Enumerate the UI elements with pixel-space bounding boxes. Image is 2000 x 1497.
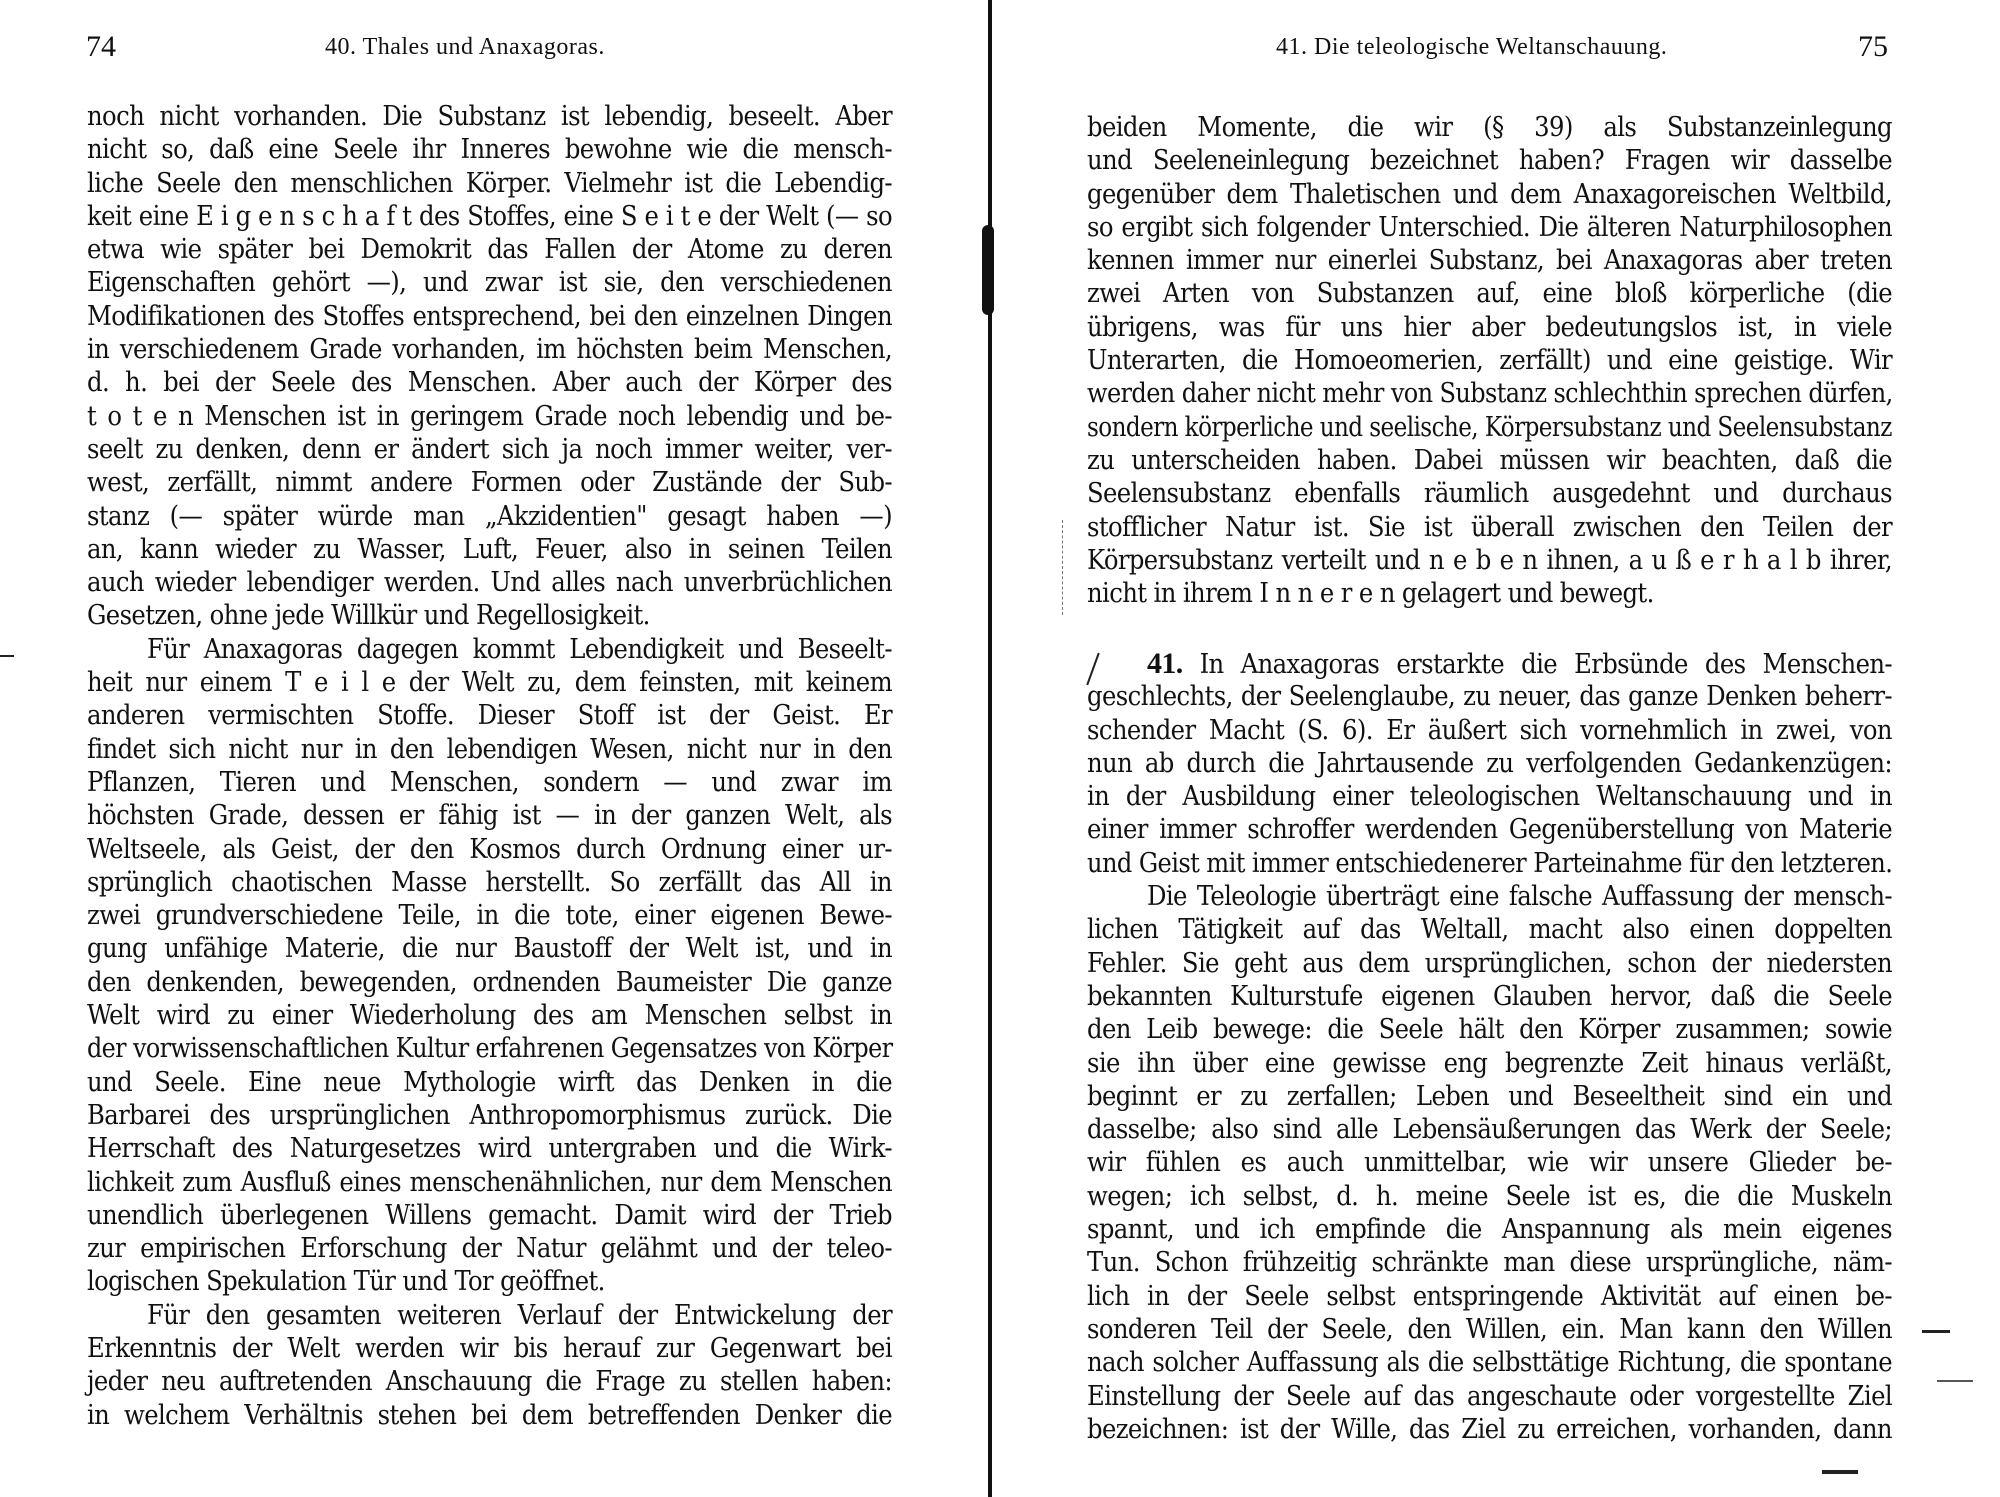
text-line-content: Seelensubstanz ebenfalls räumlich ausged… xyxy=(1087,478,1892,509)
text-line: seelt zu denken, denn er ändert sich ja … xyxy=(87,433,892,466)
text-line-content: Unterarten, die Homoeomerien, zerfällt) … xyxy=(1087,345,1892,376)
text-line-content: höchsten Grade, dessen er fähig ist — in… xyxy=(87,800,892,831)
text-line-content: sie ihn über eine gewisse eng begrenzte … xyxy=(1087,1048,1892,1079)
text-line: Modifikationen des Stoffes entsprechend,… xyxy=(87,300,892,333)
text-line-content: Welt wird zu einer Wiederholung des am M… xyxy=(87,1000,892,1031)
text-line: spannt, und ich empfinde die Anspannung … xyxy=(1087,1213,1892,1246)
text-line-content: gung unfähige Materie, die nur Baustoff … xyxy=(87,933,892,964)
text-line-content: so ergibt sich folgender Unterschied. Di… xyxy=(1087,212,1892,243)
text-line-content: in der Ausbildung einer teleologischen W… xyxy=(1087,781,1892,812)
text-line-content: zwei grundverschiedene Teile, in die tot… xyxy=(87,900,892,931)
text-line: werden daher nicht mehr von Substanz sch… xyxy=(1087,377,1892,410)
text-line: nach solcher Auffassung als die selbsttä… xyxy=(1087,1346,1892,1379)
text-line: sondern körperliche und seelische, Körpe… xyxy=(1087,411,1892,444)
text-line-content: bekannten Kulturstufe eigenen Glauben he… xyxy=(1087,981,1892,1012)
text-line: etwa wie später bei Demokrit das Fallen … xyxy=(87,233,892,266)
text-line: gegenüber dem Thaletischen und dem Anaxa… xyxy=(1087,178,1892,211)
text-line-content: seelt zu denken, denn er ändert sich ja … xyxy=(87,434,892,465)
text-line: unendlich überlegenen Willens gemacht. D… xyxy=(87,1199,892,1232)
text-line: Für den gesamten weiteren Verlauf der En… xyxy=(87,1299,892,1332)
section-number: 41. xyxy=(1147,647,1200,680)
text-line: lichkeit zum Ausfluß eines menschenähnli… xyxy=(87,1166,892,1199)
text-line-content: anderen vermischten Stoffe. Dieser Stoff… xyxy=(87,700,892,731)
text-line: der vorwissenschaftlichen Kultur erfahre… xyxy=(87,1032,892,1065)
text-line: Barbarei des ursprünglichen Anthropomorp… xyxy=(87,1099,892,1132)
right-page: 41. Die teleologische Weltanschauung. 75… xyxy=(992,0,2000,1497)
text-line: einer immer schroffer werdenden Gegenübe… xyxy=(1087,813,1892,846)
text-line-content: geschlechts, der Seelenglaube, zu neuer,… xyxy=(1087,681,1892,712)
text-line-content: der vorwissenschaftlichen Kultur erfahre… xyxy=(87,1033,892,1064)
text-line-content: übrigens, was für uns hier aber bedeutun… xyxy=(1087,312,1892,343)
text-line: stofflicher Natur ist. Sie ist überall z… xyxy=(1087,511,1892,544)
text-line: findet sich nicht nur in den lebendigen … xyxy=(87,733,892,766)
text-line-content: Fehler. Sie geht aus dem ursprünglichen,… xyxy=(1087,948,1892,979)
section-41-text: 41. In Anaxagoras erstarkte die Erbsünde… xyxy=(1087,647,1892,1446)
text-line: Gesetzen, ohne jede Willkür und Regellos… xyxy=(87,599,892,632)
text-line-content: lichen Tätigkeit auf das Weltall, macht … xyxy=(1087,914,1892,945)
text-line-content: Für Anaxagoras dagegen kommt Lebendigkei… xyxy=(147,634,892,665)
text-line-content: noch nicht vorhanden. Die Substanz ist l… xyxy=(87,101,892,132)
text-line-content: nach solcher Auffassung als die selbsttä… xyxy=(1087,1347,1892,1378)
text-line-content: Gesetzen, ohne jede Willkür und Regellos… xyxy=(87,600,650,631)
text-line-content: Einstellung der Seele auf das angeschaut… xyxy=(1087,1381,1892,1412)
text-line-content: sprünglich chaotischen Masse herstellt. … xyxy=(87,867,892,898)
text-line-content: Körpersubstanz verteilt und n e b e n ih… xyxy=(1087,545,1892,576)
text-line-content: und Seele. Eine neue Mythologie wirft da… xyxy=(87,1067,892,1098)
text-line-content: spannt, und ich empfinde die Anspannung … xyxy=(1087,1214,1892,1245)
text-line-content: sondern körperliche und seelische, Körpe… xyxy=(1087,412,1892,443)
text-line-content: werden daher nicht mehr von Substanz sch… xyxy=(1087,378,1893,409)
text-line-content: den denkenden, bewegenden, ordnenden Bau… xyxy=(87,967,892,998)
text-line: Eigenschaften gehört —), und zwar ist si… xyxy=(87,266,892,299)
text-line: in welchem Verhältnis stehen bei dem bet… xyxy=(87,1399,892,1432)
text-line-content: t o t e n Menschen ist in geringem Grade… xyxy=(87,401,892,432)
text-line-content: sonderen Teil der Seele, den Willen, ein… xyxy=(1087,1314,1892,1345)
text-line: und Geist mit immer entschiedenerer Part… xyxy=(1087,847,1892,880)
text-line-content: kennen immer nur einerlei Substanz, bei … xyxy=(1087,245,1892,276)
margin-mark xyxy=(1822,1470,1858,1474)
text-line: Welt wird zu einer Wiederholung des am M… xyxy=(87,999,892,1032)
text-line-content: liche Seele den menschlichen Körper. Vie… xyxy=(87,168,892,199)
page-number: 74 xyxy=(86,30,116,64)
text-line: sie ihn über eine gewisse eng begrenzte … xyxy=(1087,1047,1892,1080)
body-text-column: beiden Momente, die wir (§ 39) als Subst… xyxy=(1087,111,1892,610)
text-line-content: und Seeleneinlegung bezeichnet haben? Fr… xyxy=(1087,145,1892,176)
text-line: und Seeleneinlegung bezeichnet haben? Fr… xyxy=(1087,144,1892,177)
text-line: west, zerfällt, nimmt andere Formen oder… xyxy=(87,466,892,499)
text-line-content: Die Teleologie überträgt eine falsche Au… xyxy=(1147,881,1892,912)
text-line-content: beiden Momente, die wir (§ 39) als Subst… xyxy=(1087,112,1892,143)
text-line: Die Teleologie überträgt eine falsche Au… xyxy=(1087,880,1892,913)
text-line-content: jeder neu auftretenden Anschauung die Fr… xyxy=(87,1366,892,1397)
text-line: noch nicht vorhanden. Die Substanz ist l… xyxy=(87,100,892,133)
text-line: den denkenden, bewegenden, ordnenden Bau… xyxy=(87,966,892,999)
text-line: dasselbe; also sind alle Lebensäußerunge… xyxy=(1087,1113,1892,1146)
text-line-content: nicht in ihrem I n n e r e n gelagert un… xyxy=(1087,578,1654,609)
text-line-content: zwei Arten von Substanzen auf, eine bloß… xyxy=(1087,278,1892,309)
text-line-content: Modifikationen des Stoffes entsprechend,… xyxy=(87,301,892,332)
text-line: jeder neu auftretenden Anschauung die Fr… xyxy=(87,1365,892,1398)
text-line-content: zu unterscheiden haben. Dabei müssen wir… xyxy=(1087,445,1892,476)
text-line-content: west, zerfällt, nimmt andere Formen oder… xyxy=(87,467,892,498)
text-line-content: an, kann wieder zu Wasser, Luft, Feuer, … xyxy=(87,534,892,565)
text-line: t o t e n Menschen ist in geringem Grade… xyxy=(87,400,892,433)
text-line-content: nun ab durch die Jahrtausende zu verfolg… xyxy=(1087,748,1892,779)
text-line: zur empirischen Erforschung der Natur ge… xyxy=(87,1232,892,1265)
text-line: beginnt er zu zerfallen; Leben und Besee… xyxy=(1087,1080,1892,1113)
text-line: so ergibt sich folgender Unterschied. Di… xyxy=(1087,211,1892,244)
text-line: an, kann wieder zu Wasser, Luft, Feuer, … xyxy=(87,533,892,566)
text-line-content: zur empirischen Erforschung der Natur ge… xyxy=(87,1233,892,1264)
text-line: lich in der Seele selbst entspringende A… xyxy=(1087,1280,1892,1313)
text-line-content: beginnt er zu zerfallen; Leben und Besee… xyxy=(1087,1081,1892,1112)
text-line: nicht in ihrem I n n e r e n gelagert un… xyxy=(1087,577,1892,610)
margin-mark xyxy=(0,655,14,657)
text-line: zwei grundverschiedene Teile, in die tot… xyxy=(87,899,892,932)
text-line: Körpersubstanz verteilt und n e b e n ih… xyxy=(1087,544,1892,577)
text-line: liche Seele den menschlichen Körper. Vie… xyxy=(87,167,892,200)
text-line-content: findet sich nicht nur in den lebendigen … xyxy=(87,734,892,765)
text-line-content: Tun. Schon frühzeitig schränkte man dies… xyxy=(1087,1247,1892,1278)
text-line: in der Ausbildung einer teleologischen W… xyxy=(1087,780,1892,813)
text-line-content: dasselbe; also sind alle Lebensäußerunge… xyxy=(1087,1114,1892,1145)
text-line-content: Erkenntnis der Welt werden wir bis herau… xyxy=(87,1333,892,1364)
text-line: keit eine E i g e n s c h a f t des Stof… xyxy=(87,200,892,233)
text-line: höchsten Grade, dessen er fähig ist — in… xyxy=(87,799,892,832)
page-number: 75 xyxy=(1858,30,1888,64)
left-page: 74 40. Thales und Anaxagoras. noch nicht… xyxy=(0,0,990,1497)
text-line-content: und Geist mit immer entschiedenerer Part… xyxy=(1087,848,1892,879)
text-line-content: lichkeit zum Ausfluß eines menschenähnli… xyxy=(87,1167,892,1198)
text-line-content: etwa wie später bei Demokrit das Fallen … xyxy=(87,234,892,265)
text-line-content: In Anaxagoras erstarkte die Erbsünde des… xyxy=(1200,649,1892,680)
text-line-content: stofflicher Natur ist. Sie ist überall z… xyxy=(1087,512,1892,543)
text-line-content: Herrschaft des Naturgesetzes wird unterg… xyxy=(87,1133,892,1164)
text-line: Herrschaft des Naturgesetzes wird unterg… xyxy=(87,1132,892,1165)
text-line-content: wegen; ich selbst, d. h. meine Seele ist… xyxy=(1087,1181,1892,1212)
text-line: sprünglich chaotischen Masse herstellt. … xyxy=(87,866,892,899)
pencil-margin-line xyxy=(1062,520,1063,615)
margin-mark xyxy=(1922,1330,1950,1333)
margin-mark xyxy=(1937,1380,1973,1382)
text-line: wegen; ich selbst, d. h. meine Seele ist… xyxy=(1087,1180,1892,1213)
text-line: beiden Momente, die wir (§ 39) als Subst… xyxy=(1087,111,1892,144)
text-line-content: einer immer schroffer werdenden Gegenübe… xyxy=(1087,814,1892,845)
text-line: stanz (— später würde man „Akzidentien" … xyxy=(87,500,892,533)
text-line: d. h. bei der Seele des Menschen. Aber a… xyxy=(87,366,892,399)
text-line-content: heit nur einem T e i l e der Welt zu, de… xyxy=(87,667,892,698)
text-line: Einstellung der Seele auf das angeschaut… xyxy=(1087,1380,1892,1413)
text-line: Für Anaxagoras dagegen kommt Lebendigkei… xyxy=(87,633,892,666)
text-line-content: den Leib bewege: die Seele hält den Körp… xyxy=(1087,1014,1892,1045)
text-line: heit nur einem T e i l e der Welt zu, de… xyxy=(87,666,892,699)
text-line-content: stanz (— später würde man „Akzidentien" … xyxy=(87,501,892,532)
running-head: 40. Thales und Anaxagoras. xyxy=(325,34,605,61)
body-text-column: noch nicht vorhanden. Die Substanz ist l… xyxy=(87,100,892,1432)
text-line: und Seele. Eine neue Mythologie wirft da… xyxy=(87,1066,892,1099)
text-line: Seelensubstanz ebenfalls räumlich ausged… xyxy=(1087,477,1892,510)
text-line-content: wir fühlen es auch unmittelbar, wie wir … xyxy=(1087,1147,1892,1178)
text-line-content: in verschiedenem Grade vorhanden, im höc… xyxy=(87,334,892,365)
text-line: lichen Tätigkeit auf das Weltall, macht … xyxy=(1087,913,1892,946)
text-line-content: Eigenschaften gehört —), und zwar ist si… xyxy=(87,267,892,298)
text-line-content: gegenüber dem Thaletischen und dem Anaxa… xyxy=(1087,179,1892,210)
text-line-content: Für den gesamten weiteren Verlauf der En… xyxy=(147,1300,892,1331)
text-line: nicht so, daß eine Seele ihr Inneres bew… xyxy=(87,133,892,166)
text-line: wir fühlen es auch unmittelbar, wie wir … xyxy=(1087,1146,1892,1179)
text-line: geschlechts, der Seelenglaube, zu neuer,… xyxy=(1087,680,1892,713)
text-line: sonderen Teil der Seele, den Willen, ein… xyxy=(1087,1313,1892,1346)
text-line: Pflanzen, Tieren und Menschen, sondern —… xyxy=(87,766,892,799)
text-line: zu unterscheiden haben. Dabei müssen wir… xyxy=(1087,444,1892,477)
text-line-content: lich in der Seele selbst entspringende A… xyxy=(1087,1281,1892,1312)
text-line-content: schender Macht (S. 6). Er äußert sich vo… xyxy=(1087,715,1892,746)
text-line-content: d. h. bei der Seele des Menschen. Aber a… xyxy=(87,367,892,398)
text-line-content: Weltseele, als Geist, der den Kosmos dur… xyxy=(87,834,892,865)
text-line: schender Macht (S. 6). Er äußert sich vo… xyxy=(1087,714,1892,747)
text-line-content: unendlich überlegenen Willens gemacht. D… xyxy=(87,1200,892,1231)
text-line-content: auch wieder lebendiger werden. Und alles… xyxy=(87,567,892,598)
text-line: übrigens, was für uns hier aber bedeutun… xyxy=(1087,311,1892,344)
text-line: Erkenntnis der Welt werden wir bis herau… xyxy=(87,1332,892,1365)
running-head: 41. Die teleologische Weltanschauung. xyxy=(1276,34,1667,61)
text-line: Fehler. Sie geht aus dem ursprünglichen,… xyxy=(1087,947,1892,980)
text-line: logischen Spekulation Tür und Tor geöffn… xyxy=(87,1265,892,1298)
text-line: Weltseele, als Geist, der den Kosmos dur… xyxy=(87,833,892,866)
text-line: Unterarten, die Homoeomerien, zerfällt) … xyxy=(1087,344,1892,377)
text-line: den Leib bewege: die Seele hält den Körp… xyxy=(1087,1013,1892,1046)
text-line-content: Pflanzen, Tieren und Menschen, sondern —… xyxy=(87,767,892,798)
text-line: nun ab durch die Jahrtausende zu verfolg… xyxy=(1087,747,1892,780)
text-line-content: keit eine E i g e n s c h a f t des Stof… xyxy=(87,201,892,232)
text-line: auch wieder lebendiger werden. Und alles… xyxy=(87,566,892,599)
text-line: bekannten Kulturstufe eigenen Glauben he… xyxy=(1087,980,1892,1013)
text-line: bezeichnen: ist der Wille, das Ziel zu e… xyxy=(1087,1413,1892,1446)
text-line: Tun. Schon frühzeitig schränkte man dies… xyxy=(1087,1246,1892,1279)
text-line-content: bezeichnen: ist der Wille, das Ziel zu e… xyxy=(1087,1414,1892,1445)
text-line-content: Barbarei des ursprünglichen Anthropomorp… xyxy=(87,1100,892,1131)
text-line: 41. In Anaxagoras erstarkte die Erbsünde… xyxy=(1087,647,1892,680)
text-line: kennen immer nur einerlei Substanz, bei … xyxy=(1087,244,1892,277)
text-line: in verschiedenem Grade vorhanden, im höc… xyxy=(87,333,892,366)
text-line-content: logischen Spekulation Tür und Tor geöffn… xyxy=(87,1266,605,1297)
text-line-content: in welchem Verhältnis stehen bei dem bet… xyxy=(87,1400,892,1431)
text-line-content: nicht so, daß eine Seele ihr Inneres bew… xyxy=(87,134,892,165)
text-line: anderen vermischten Stoffe. Dieser Stoff… xyxy=(87,699,892,732)
text-line: gung unfähige Materie, die nur Baustoff … xyxy=(87,932,892,965)
text-line: zwei Arten von Substanzen auf, eine bloß… xyxy=(1087,277,1892,310)
